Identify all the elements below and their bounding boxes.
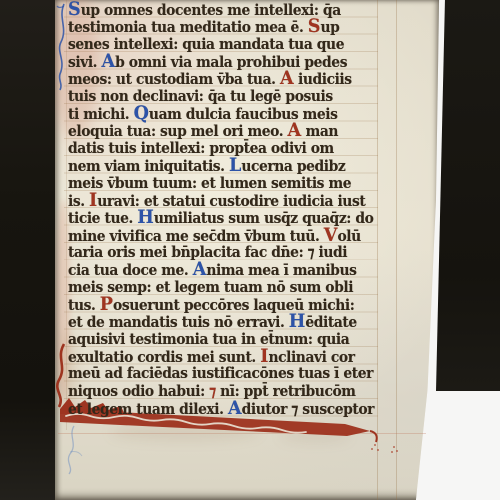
text-segment: is.: [68, 193, 89, 210]
text-line-14: mine vivifica me sec̄dm v̄bum tuū. Volū: [68, 227, 361, 245]
illuminated-initial-P: P: [100, 294, 113, 315]
left-frame-mount: [0, 0, 55, 500]
text-segment: uam dulcia faucibus meis: [149, 106, 338, 123]
text-segment: datis tuis intellexi: propt̄ea odivi om: [68, 140, 334, 157]
psalm-text-block: Sup omnes docentes me intellexi: q̄atest…: [0, 0, 500, 500]
text-line-9: datis tuis intellexi: propt̄ea odivi om: [68, 140, 334, 157]
text-segment: nclinavi cor: [268, 349, 354, 366]
text-segment: up omnes docentes me intellexi: q̄a: [81, 2, 341, 19]
text-segment: diutor ⁊ susceptor: [242, 401, 374, 418]
text-line-24: et legem tuam dilexi. Adiutor ⁊ suscepto…: [68, 400, 374, 418]
text-segment: meos: ut custodiam v̄ba tua.: [68, 71, 280, 88]
illuminated-initial-A: A: [101, 51, 115, 72]
text-line-4: sivi. Ab omni via mala prohibui pedes: [68, 53, 347, 71]
illuminated-initial-L: L: [229, 155, 241, 176]
text-line-23: niquos odio habui: ⁊ nī: ppt̄ retribucōm: [68, 383, 356, 400]
text-segment: ti michi.: [68, 106, 134, 123]
right-frame-mount: [436, 0, 500, 391]
text-segment: ēditate: [305, 314, 356, 331]
text-segment: et legem tuam dilexi.: [68, 401, 228, 418]
text-segment: cia tua doce me.: [68, 262, 193, 279]
illuminated-initial-A: A: [288, 120, 302, 141]
text-segment: exultatio cordis mei sunt.: [68, 349, 260, 366]
illuminated-initial-S: S: [308, 16, 321, 37]
text-line-6: tuis non declinavi: q̄a tu legē posuis: [68, 88, 333, 105]
text-segment: tuis non declinavi: q̄a tu legē posuis: [68, 88, 333, 105]
text-segment: meis v̄bum tuum: et lumen semitis me: [68, 175, 351, 192]
text-segment: man: [301, 123, 338, 140]
illuminated-initial-H: H: [289, 311, 306, 332]
text-line-20: aquisivi testimonia tua in et̄num: quia: [68, 331, 349, 348]
text-line-2: testimonia tua meditatio mea ē. Sup: [68, 18, 339, 36]
text-line-15: taria oris mei bn̄placita fac dn̄e: ⁊ iu…: [68, 244, 347, 261]
illuminated-initial-Q: Q: [134, 103, 149, 124]
text-segment: mine vivifica me sec̄dm v̄bum tuū.: [68, 228, 324, 245]
illuminated-initial-A: A: [280, 68, 294, 89]
illuminated-initial-S: S: [68, 0, 81, 20]
text-line-11: meis v̄bum tuum: et lumen semitis me: [68, 175, 351, 192]
text-segment: aquisivi testimonia tua in et̄num: quia: [68, 331, 349, 348]
text-segment: meū ad faciēdas iustificacōnes tuas ī et…: [68, 365, 373, 382]
manuscript-photo: Sup omnes docentes me intellexi: q̄atest…: [0, 0, 500, 500]
text-line-5: meos: ut custodiam v̄ba tua. A iudiciis: [68, 70, 352, 88]
text-segment: sivi.: [68, 54, 101, 71]
text-line-1: Sup omnes docentes me intellexi: q̄a: [68, 1, 341, 19]
text-segment: testimonia tua meditatio mea ē.: [68, 19, 308, 36]
text-line-10: nem viam iniquitatis. Lucerna pedibz: [68, 157, 345, 175]
illuminated-initial-A: A: [193, 259, 207, 280]
text-line-18: tus. Posuerunt peccōres laqueū michi:: [68, 296, 354, 314]
text-segment: tus.: [68, 297, 100, 314]
illuminated-initial-I: I: [89, 190, 97, 211]
illuminated-initial-H: H: [137, 207, 154, 228]
text-segment: ticie tue.: [68, 210, 137, 227]
text-segment: et de mandatis tuis nō erravi.: [68, 314, 289, 331]
text-segment: olū: [337, 228, 360, 245]
text-segment: taria oris mei bn̄placita fac dn̄e: ⁊ iu…: [68, 244, 347, 261]
text-line-8: eloquia tua: sup mel ori meo. A man: [68, 122, 338, 140]
text-line-22: meū ad faciēdas iustificacōnes tuas ī et…: [68, 365, 373, 382]
illuminated-initial-A: A: [228, 398, 242, 419]
text-segment: ucerna pedibz: [241, 158, 345, 175]
text-segment: umiliatus sum usq̄z quaq̄z: do: [154, 210, 374, 227]
text-line-21: exultatio cordis mei sunt. Inclinavi cor: [68, 348, 355, 366]
text-segment: b omni via mala prohibui pedes: [115, 54, 347, 71]
text-segment: niquos odio habui:: [68, 383, 209, 400]
text-segment: eloquia tua: sup mel ori meo.: [68, 123, 288, 140]
text-line-12: is. Iuravi: et statui custodire iudicia …: [68, 192, 365, 210]
text-line-16: cia tua doce me. Anima mea ī manibus: [68, 261, 356, 279]
text-segment: nem viam iniquitatis.: [68, 158, 229, 175]
text-segment: nima mea ī manibus: [206, 262, 356, 279]
illuminated-initial-V: V: [324, 225, 338, 246]
text-segment: iudiciis: [294, 71, 352, 88]
text-segment: up: [320, 19, 339, 36]
text-segment: osuerunt peccōres laqueū michi:: [113, 297, 354, 314]
text-line-19: et de mandatis tuis nō erravi. Hēditate: [68, 313, 357, 331]
illuminated-initial-I: I: [260, 346, 268, 367]
